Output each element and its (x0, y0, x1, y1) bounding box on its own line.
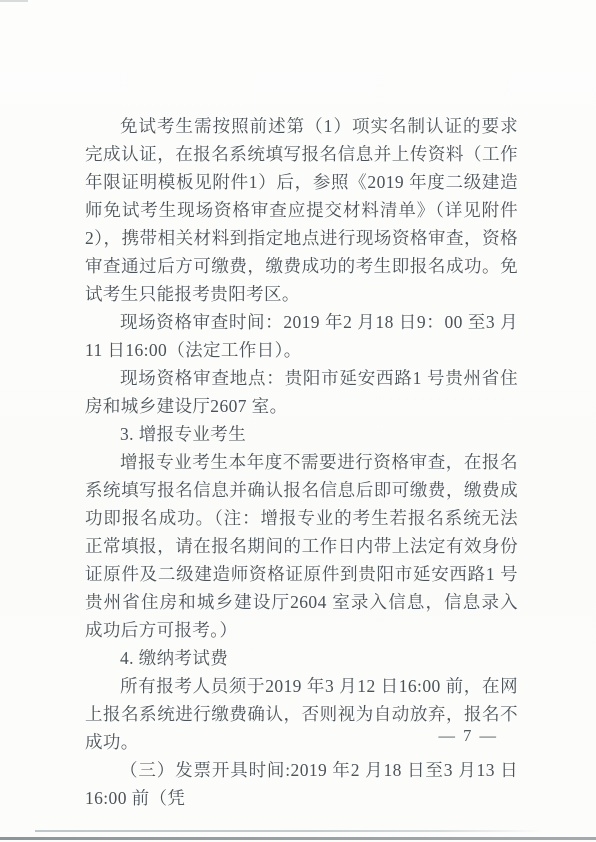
paragraph-additional-major-candidates: 增报专业考生本年度不需要进行资格审查，在报名系统填写报名信息并确认报名信息后即可… (85, 448, 518, 644)
paragraph-onsite-audit-time: 现场资格审查时间：2019 年2 月18 日9：00 至3 月11 日16:00… (85, 308, 518, 364)
paragraph-onsite-audit-location: 现场资格审查地点：贵阳市延安西路1 号贵州省住房和城乡建设厅2607 室。 (85, 364, 518, 420)
scan-bottom-edge-shadow-artifact (0, 837, 596, 840)
scanned-document-page: 免试考生需按照前述第（1）项实名制认证的要求完成认证，在报名系统填写报名信息并上… (0, 0, 596, 842)
page-number: — 7 — (439, 726, 499, 746)
heading-pay-exam-fee: 4. 缴纳考试费 (85, 644, 518, 672)
paragraph-invoice-issue-time: （三）发票开具时间:2019 年2 月18 日至3 月13 日16:00 前（凭 (85, 756, 518, 812)
heading-additional-major-candidates: 3. 增报专业考生 (85, 420, 518, 448)
paragraph-exemption-candidate-audit-procedure: 免试考生需按照前述第（1）项实名制认证的要求完成认证，在报名系统填写报名信息并上… (85, 112, 518, 308)
scan-top-edge-artifact (0, 0, 28, 2)
scan-bottom-faint-line-artifact (35, 830, 543, 832)
document-text-block: 免试考生需按照前述第（1）项实名制认证的要求完成认证，在报名系统填写报名信息并上… (85, 112, 518, 812)
